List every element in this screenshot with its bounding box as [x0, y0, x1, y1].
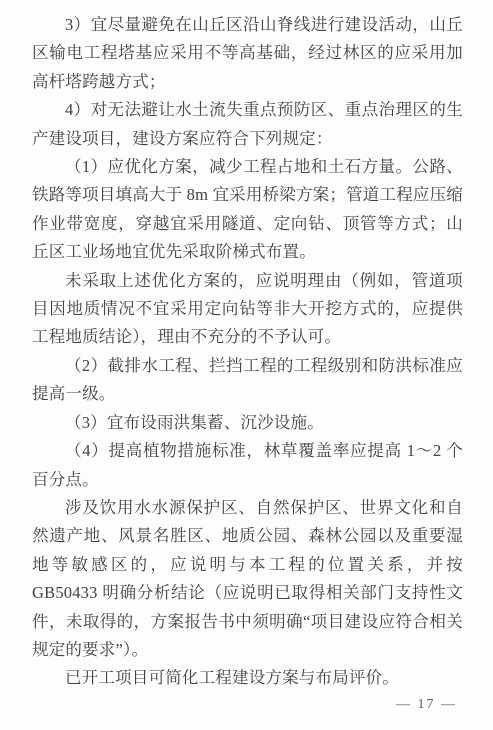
- paragraph-item-3: （3）宜布设雨洪集蓄、沉沙设施。: [32, 409, 463, 437]
- paragraph-item-1-note: 未采取上述优化方案的，应说明理由（例如，管道项目因地质情况不宜采用定向钻等非大开…: [32, 267, 463, 352]
- page-number: — 17 —: [396, 697, 457, 713]
- document-page: 3）宜尽量避免在山丘区沿山脊线进行建设活动，山丘区输电工程塔基应采用不等高基础，…: [0, 0, 493, 730]
- paragraph-item-2: （2）截排水工程、拦挡工程的工程级别和防洪标准应提高一级。: [32, 352, 463, 409]
- paragraph-item-1: （1）应优化方案，减少工程占地和土石方量。公路、铁路等项目填高大于 8m 宜采用…: [32, 153, 463, 267]
- paragraph-clause-3: 3）宜尽量避免在山丘区沿山脊线进行建设活动，山丘区输电工程塔基应采用不等高基础，…: [32, 11, 463, 96]
- document-text-block: 3）宜尽量避免在山丘区沿山脊线进行建设活动，山丘区输电工程塔基应采用不等高基础，…: [32, 11, 463, 693]
- paragraph-item-4: （4）提高植物措施标准，林草覆盖率应提高 1～2 个百分点。: [32, 437, 463, 494]
- paragraph-sensitive-areas: 涉及饮用水水源保护区、自然保护区、世界文化和自然遗产地、风景名胜区、地质公园、森…: [32, 494, 463, 664]
- paragraph-started-projects: 已开工项目可简化工程建设方案与布局评价。: [32, 664, 463, 692]
- paragraph-clause-4: 4）对无法避让水土流失重点预防区、重点治理区的生产建设项目，建设方案应符合下列规…: [32, 96, 463, 153]
